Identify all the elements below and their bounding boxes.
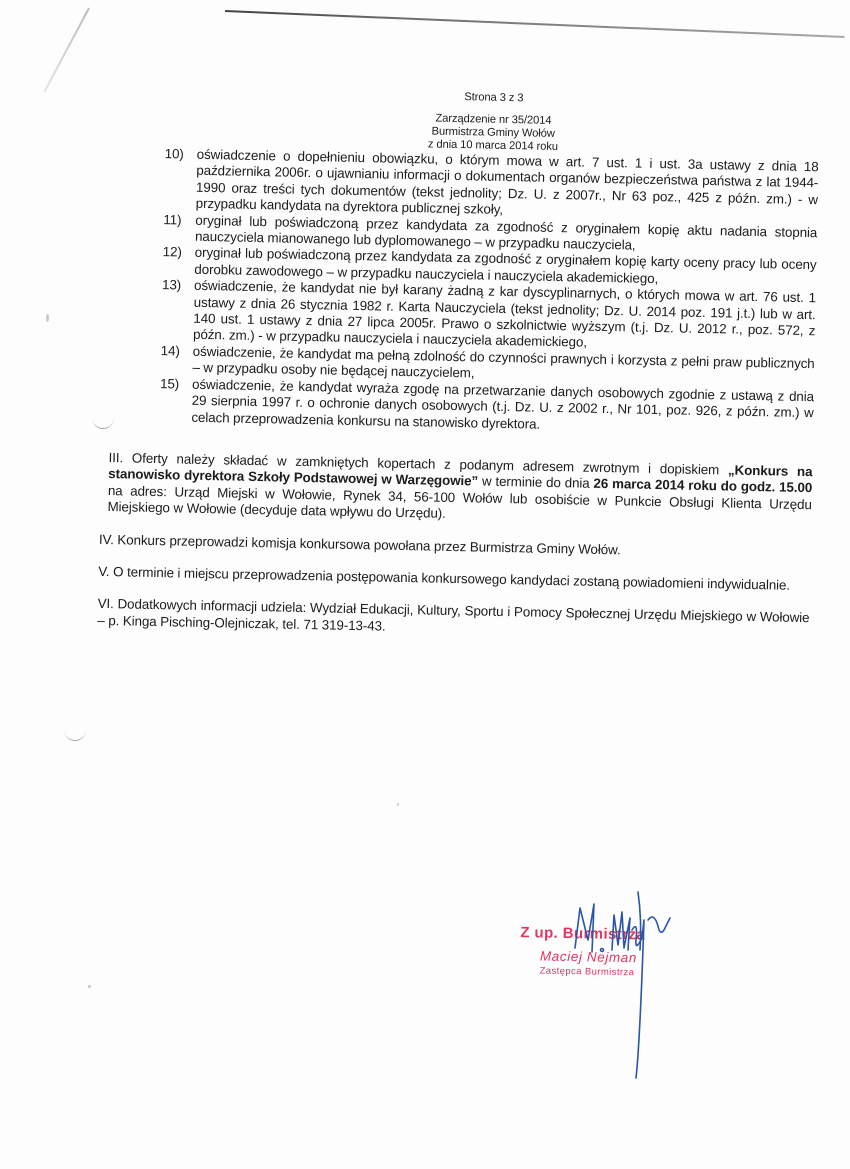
item-number: 11): [163, 212, 181, 229]
item-number: 15): [160, 376, 179, 393]
item-text: oświadczenie o dopełnieniu obowiązku, o …: [196, 147, 819, 217]
section-text: w terminie do dnia: [478, 474, 594, 491]
scan-speck: [46, 314, 49, 322]
item-number: 12): [163, 245, 182, 262]
handwritten-signature-icon: [520, 890, 720, 1090]
scan-speck: [88, 985, 91, 988]
document-body: Strona 3 z 3 Zarządzenie nr 35/2014 Burm…: [97, 84, 820, 657]
punch-hole-mark: [64, 730, 86, 741]
scan-edge-left: [44, 8, 90, 93]
item-number: 13): [162, 277, 181, 294]
section-iii-offers: III. Oferty należy składać w zamkniętych…: [99, 450, 812, 530]
scan-speck: [397, 803, 399, 806]
section-v-notification: V. O terminie i miejscu przeprowadzenia …: [98, 564, 810, 595]
item-number: 10): [165, 146, 184, 163]
section-iv-commission: IV. Konkurs przeprowadzi komisja konkurs…: [99, 531, 811, 562]
page-number: Strona 3 z 3: [168, 85, 820, 111]
scanned-page: Strona 3 z 3 Zarządzenie nr 35/2014 Burm…: [0, 0, 850, 1169]
item-number: 14): [161, 343, 180, 360]
item-text: oświadczenie, że kandydat nie był karany…: [193, 278, 816, 350]
section-vi-contact: VI. Dodatkowych informacji udziela: Wydz…: [97, 596, 810, 643]
requirements-list: 10)oświadczenie o dopełnieniu obowiązku,…: [101, 145, 818, 438]
scan-edge-top: [225, 10, 845, 38]
